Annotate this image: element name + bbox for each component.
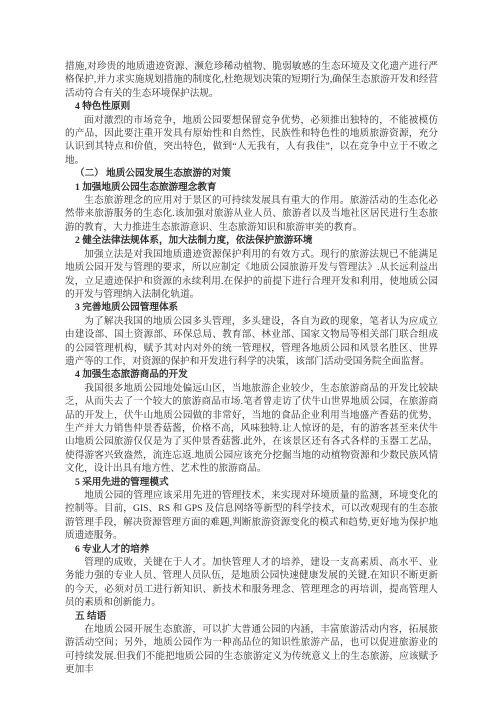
section-heading: 1 加强地质公园生态旅游理念教育 <box>65 181 438 194</box>
document-text-column: 措施,对珍贵的地质遗迹资源、濒危珍稀动植物、脆弱敏感的生态环境及文化遗产进行严格… <box>65 60 438 677</box>
section-heading: 3 完善地质公园管理体系 <box>65 301 438 314</box>
section-heading: 6 专业人才的培养 <box>65 543 438 556</box>
section-heading: 五 结语 <box>65 610 438 623</box>
body-paragraph: 措施,对珍贵的地质遗迹资源、濒危珍稀动植物、脆弱敏感的生态环境及文化遗产进行严格… <box>65 60 438 100</box>
section-heading: 5 采用先进的管理模式 <box>65 476 438 489</box>
body-paragraph: 我国很多地质公园地处偏远山区，当地旅游企业较少，生态旅游商品的开发比较缺乏，从而… <box>65 382 438 476</box>
section-heading: 4 加强生态旅游商品的开发 <box>65 368 438 381</box>
body-paragraph: 生态旅游理念的应用对于景区的可持续发展具有重大的作用。旅游活动的生态化必然带来旅… <box>65 194 438 234</box>
section-heading: 2 健全法律法规体系，加大法制力度，依法保护旅游环境 <box>65 234 438 247</box>
section-heading: 4 特色性原则 <box>65 100 438 113</box>
body-paragraph: 地质公园的管理应该采用先进的管理技术，来实现对环境质量的监测，环境变化的控制等。… <box>65 489 438 543</box>
body-paragraph: 面对激烈的市场竞争，地质公园要想保留竞争优势，必须推出独特的，不能被模仿的产品，… <box>65 114 438 168</box>
section-heading: （二） 地质公园发展生态旅游的对策 <box>65 167 438 180</box>
body-paragraph: 在地质公园开展生态旅游，可以扩大普通公园的内涵，丰富旅游活动内容，拓展旅游活动空… <box>65 623 438 677</box>
document-page: 措施,对珍贵的地质遗迹资源、濒危珍稀动植物、脆弱敏感的生态环境及文化遗产进行严格… <box>0 0 500 707</box>
body-paragraph: 为了解决我国的地质公园多头管理，多头建设，各自为政的现象，笔者认为应成立由建设部… <box>65 315 438 369</box>
body-paragraph: 加强立法是对我国地质遗迹资源保护利用的有效方式。现行的旅游法规已不能满足地质公园… <box>65 248 438 302</box>
body-paragraph: 管理的成败，关键在于人才。加快管理人才的培养，建设一支高素质、高水平、业务能力强… <box>65 556 438 610</box>
